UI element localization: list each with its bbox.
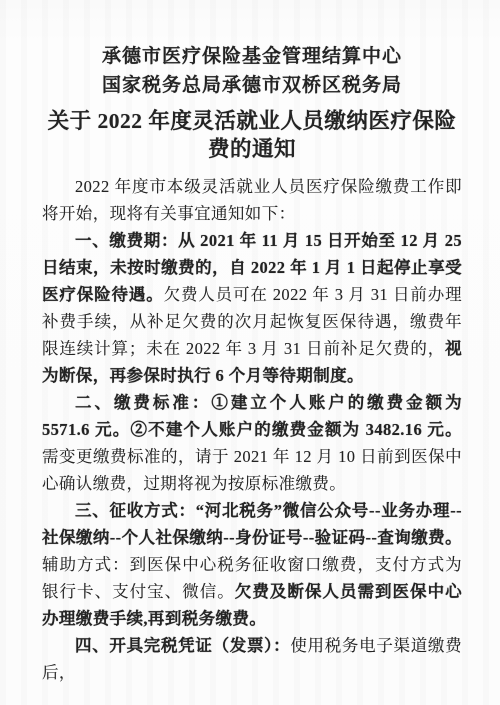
paragraph-section-4-tax-certificate: 四、开具完税凭证（发票）：使用税务电子渠道缴费后，	[42, 632, 462, 686]
issuer-line-medical-insurance-center: 承德市医疗保险基金管理结算中心	[42, 42, 462, 71]
paragraph-intro: 2022 年度市本级灵活就业人员医疗保险缴费工作即将开始，现将有关事宜通知如下：	[42, 173, 462, 227]
paragraph-section-1-payment-period: 一、缴费期：从 2021 年 11 月 15 日开始至 12 月 25 日结束，…	[42, 227, 462, 389]
paragraph-section-2-payment-standard: 二、缴费标准：①建立个人账户的缴费金额为 5571.6 元。②不建个人账户的缴费…	[42, 389, 462, 497]
text-segment: 2022 年度市本级灵活就业人员医疗保险缴费工作即将开始，现将有关事宜通知如下：	[42, 177, 462, 223]
text-segment: 三、征收方式：“河北税务”微信公众号--业务办理--社保缴纳--个人社保缴纳--…	[42, 501, 462, 547]
text-segment: 四、开具完税凭证（发票）：	[75, 636, 290, 655]
document-body: 2022 年度市本级灵活就业人员医疗保险缴费工作即将开始，现将有关事宜通知如下：…	[42, 173, 462, 686]
scanned-notice-page: 承德市医疗保险基金管理结算中心 国家税务总局承德市双桥区税务局 关于 2022 …	[0, 0, 500, 705]
text-segment: 二、缴费标准：①建立个人账户的缴费金额为 5571.6 元。②不建个人账户的缴费…	[42, 393, 462, 439]
paragraph-section-3-collection-method: 三、征收方式：“河北税务”微信公众号--业务办理--社保缴纳--个人社保缴纳--…	[42, 497, 462, 632]
issuer-line-tax-bureau: 国家税务总局承德市双桥区税务局	[42, 71, 462, 100]
text-segment: 需变更缴费标准的，请于 2021 年 12 月 10 日前到医保中心确认缴费，过…	[42, 447, 462, 493]
notice-title: 关于 2022 年度灵活就业人员缴纳医疗保险费的通知	[42, 107, 462, 163]
